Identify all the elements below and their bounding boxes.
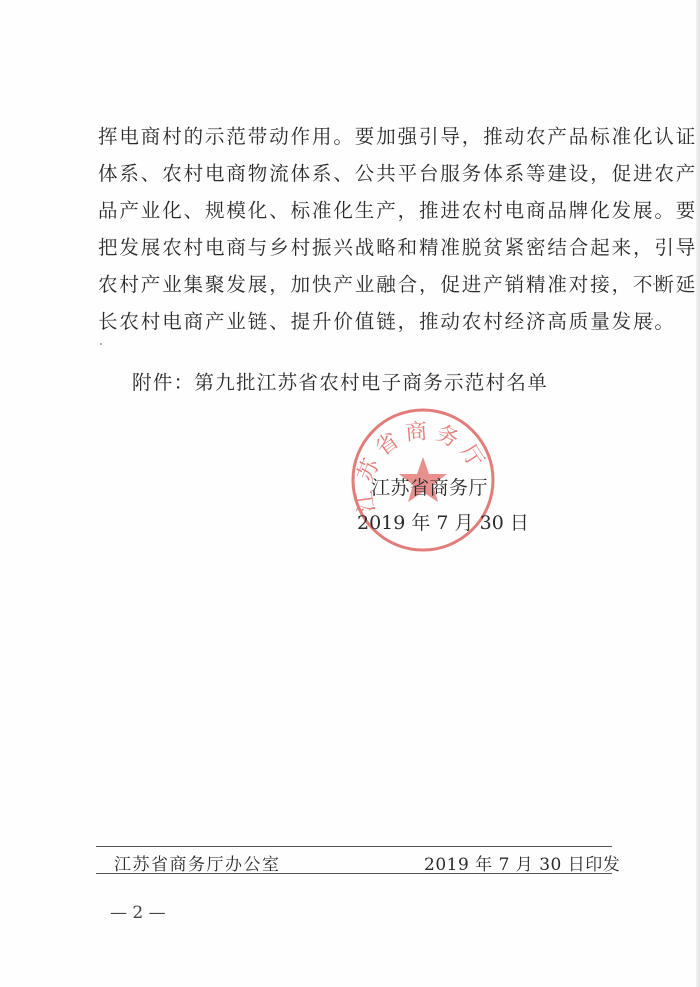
paragraph-line: 体系、农村电商物流体系、公共平台服务体系等建设，促进农产 — [98, 155, 618, 192]
body-paragraph: 挥电商村的示范带动作用。要加强引导，推动农产品标准化认证 体系、农村电商物流体系… — [98, 118, 618, 340]
scan-speck — [653, 283, 655, 285]
page-number: — 2 — — [110, 903, 166, 923]
paragraph-line: 长农村电商产业链、提升价值链，推动农村经济高质量发展。 — [98, 303, 618, 340]
attachment-note: 附件：第九批江苏省农村电子商务示范村名单 — [132, 367, 548, 395]
page-edge-shadow — [696, 0, 700, 987]
footer-top-rule — [96, 846, 612, 847]
scan-speck — [651, 318, 653, 320]
footer-office: 江苏省商务厅办公室 — [114, 850, 281, 875]
document-page: 挥电商村的示范带动作用。要加强引导，推动农产品标准化认证 体系、农村电商物流体系… — [0, 0, 700, 987]
paragraph-line: 把发展农村电商与乡村振兴战略和精准脱贫紧密结合起来，引导 — [98, 229, 618, 266]
paragraph-line: 品产业化、规模化、标准化生产，推进农村电商品牌化发展。要 — [98, 192, 618, 229]
paragraph-line: 挥电商村的示范带动作用。要加强引导，推动农产品标准化认证 — [98, 118, 618, 155]
paragraph-line: 农村产业集聚发展，加快产业融合，促进产销精准对接，不断延 — [98, 266, 618, 303]
footer-print-date: 2019 年 7 月 30 日印发 — [424, 850, 620, 875]
footer-bottom-rule — [96, 873, 612, 874]
issue-date: 2019 年 7 月 30 日 — [357, 508, 529, 535]
scan-speck — [100, 343, 102, 345]
issuer-name: 江苏省商务厅 — [371, 473, 488, 500]
